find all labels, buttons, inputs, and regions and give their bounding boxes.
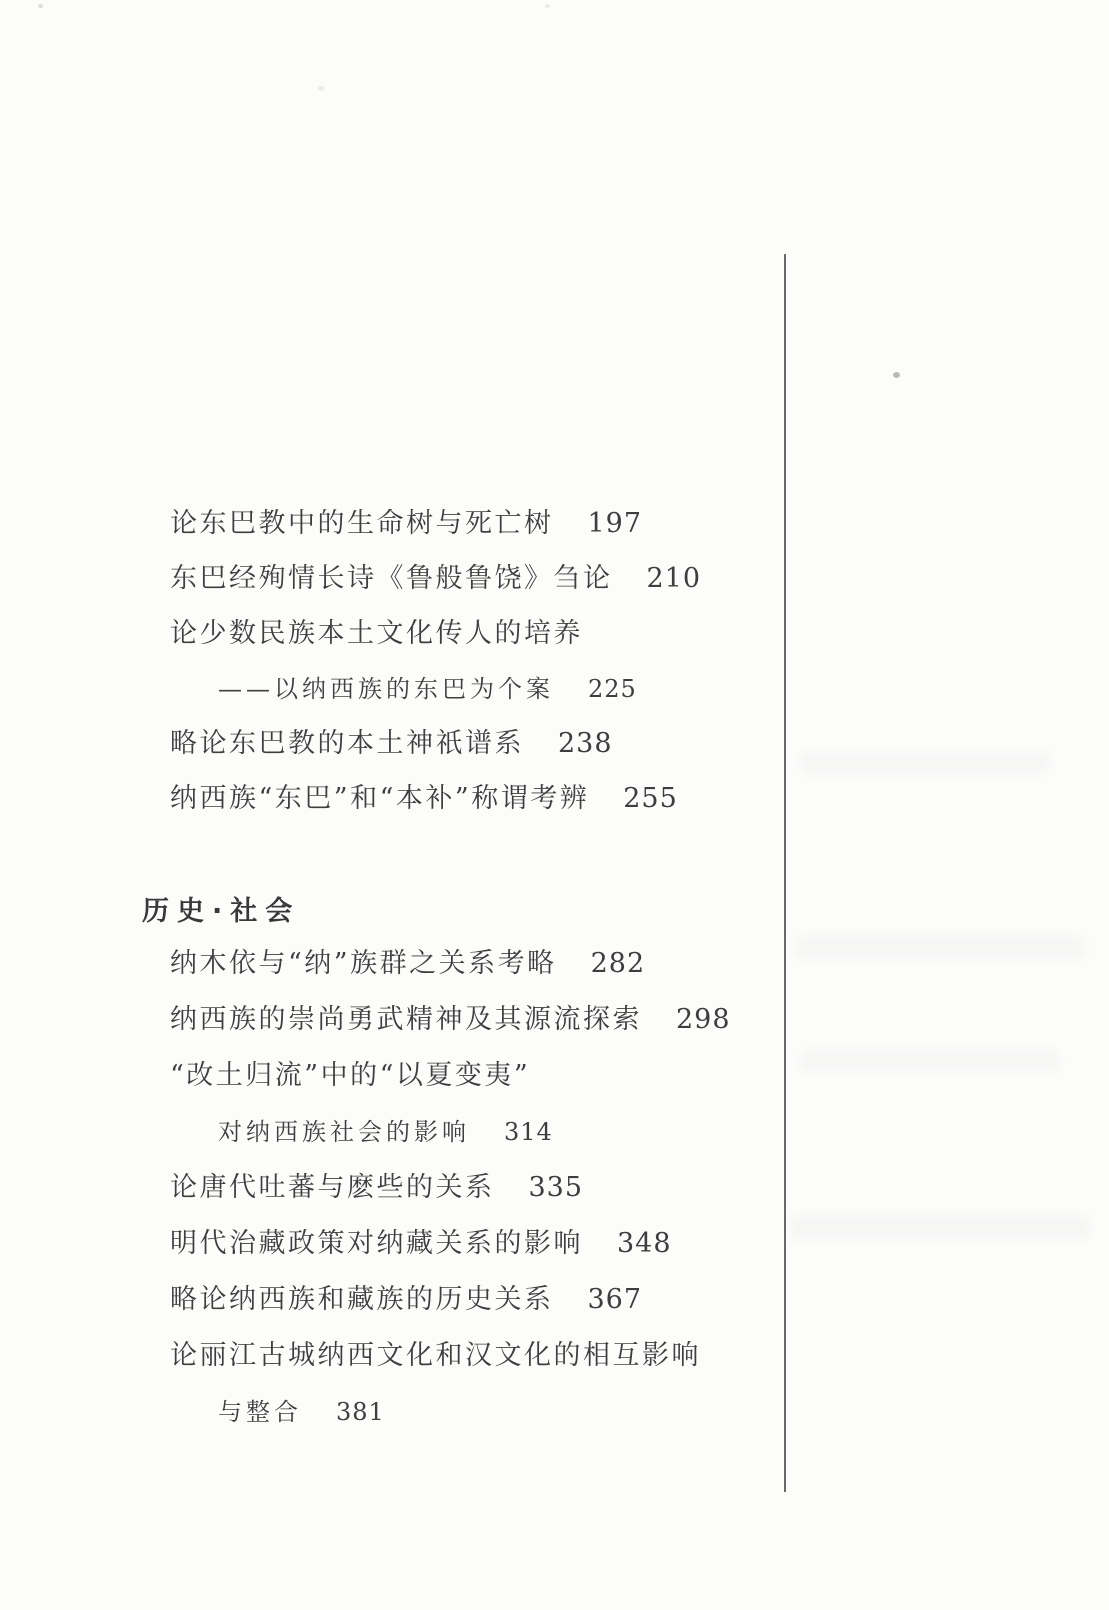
entry-page-number: 197 (588, 508, 643, 539)
entry-title: 纳西族的崇尚勇武精神及其源流探索 (170, 1004, 642, 1035)
entry-page-number: 282 (591, 948, 646, 979)
entry-title: 略论东巴教的本土神祇谱系 (170, 728, 524, 759)
toc-entry: 论少数民族本土文化传人的培养 (0, 617, 1109, 672)
entry-title: 论少数民族本土文化传人的培养 (170, 618, 583, 649)
entry-title: 与整合 (218, 1398, 302, 1426)
entry-title: 纳西族“东巴”和“本补”称谓考辨 (170, 783, 589, 814)
toc-entry: 纳西族“东巴”和“本补”称谓考辨255 (0, 782, 1109, 837)
entry-page-number: 298 (676, 1004, 731, 1035)
toc-entry: ——以纳西族的东巴为个案225 (0, 672, 1109, 727)
toc-section: 历史·社会纳木依与“纳”族群之关系考略282纳西族的崇尚勇武精神及其源流探索29… (0, 895, 1109, 1451)
entry-page-number: 210 (647, 563, 702, 594)
entry-page-number: 348 (617, 1228, 672, 1259)
toc-entry: 与整合381 (0, 1395, 1109, 1451)
entry-page-number: 381 (336, 1398, 385, 1426)
entry-page-number: 255 (623, 783, 678, 814)
entry-title: 明代治藏政策对纳藏关系的影响 (170, 1228, 583, 1259)
entry-title: 论唐代吐蕃与麽些的关系 (170, 1172, 495, 1203)
entry-title: 论东巴教中的生命树与死亡树 (170, 508, 554, 539)
toc-entry: 东巴经殉情长诗《鲁般鲁饶》刍论210 (0, 562, 1109, 617)
scan-speck (318, 86, 324, 91)
table-of-contents: 论东巴教中的生命树与死亡树197东巴经殉情长诗《鲁般鲁饶》刍论210论少数民族本… (0, 507, 1109, 1451)
entry-title: 略论纳西族和藏族的历史关系 (170, 1284, 554, 1315)
toc-section: 论东巴教中的生命树与死亡树197东巴经殉情长诗《鲁般鲁饶》刍论210论少数民族本… (0, 507, 1109, 837)
entry-title: “改土归流”中的“以夏变夷” (170, 1060, 530, 1091)
ink-bleed-smudge (790, 1215, 1090, 1239)
entry-page-number: 238 (558, 728, 613, 759)
ink-bleed-smudge (800, 752, 1050, 774)
entry-title: 对纳西族社会的影响 (218, 1118, 470, 1146)
scan-speck (893, 372, 900, 378)
entry-page-number: 367 (588, 1284, 643, 1315)
entry-page-number: 314 (504, 1118, 553, 1146)
entry-title: ——以纳西族的东巴为个案 (218, 675, 554, 703)
scanned-book-page: 论东巴教中的生命树与死亡树197东巴经殉情长诗《鲁般鲁饶》刍论210论少数民族本… (0, 0, 1109, 1610)
scan-speck (545, 4, 550, 8)
entry-page-number: 335 (529, 1172, 584, 1203)
toc-entry: 对纳西族社会的影响314 (0, 1115, 1109, 1171)
toc-entry: 略论纳西族和藏族的历史关系367 (0, 1283, 1109, 1339)
entry-page-number: 225 (588, 675, 637, 703)
entry-title: 纳木依与“纳”族群之关系考略 (170, 948, 557, 979)
ink-bleed-smudge (800, 1050, 1060, 1072)
toc-entry: 论东巴教中的生命树与死亡树197 (0, 507, 1109, 562)
ink-bleed-smudge (795, 935, 1085, 959)
scan-speck (38, 4, 43, 8)
entry-title: 论丽江古城纳西文化和汉文化的相互影响 (170, 1340, 701, 1371)
entry-title: 东巴经殉情长诗《鲁般鲁饶》刍论 (170, 563, 613, 594)
toc-entry: 论丽江古城纳西文化和汉文化的相互影响 (0, 1339, 1109, 1395)
